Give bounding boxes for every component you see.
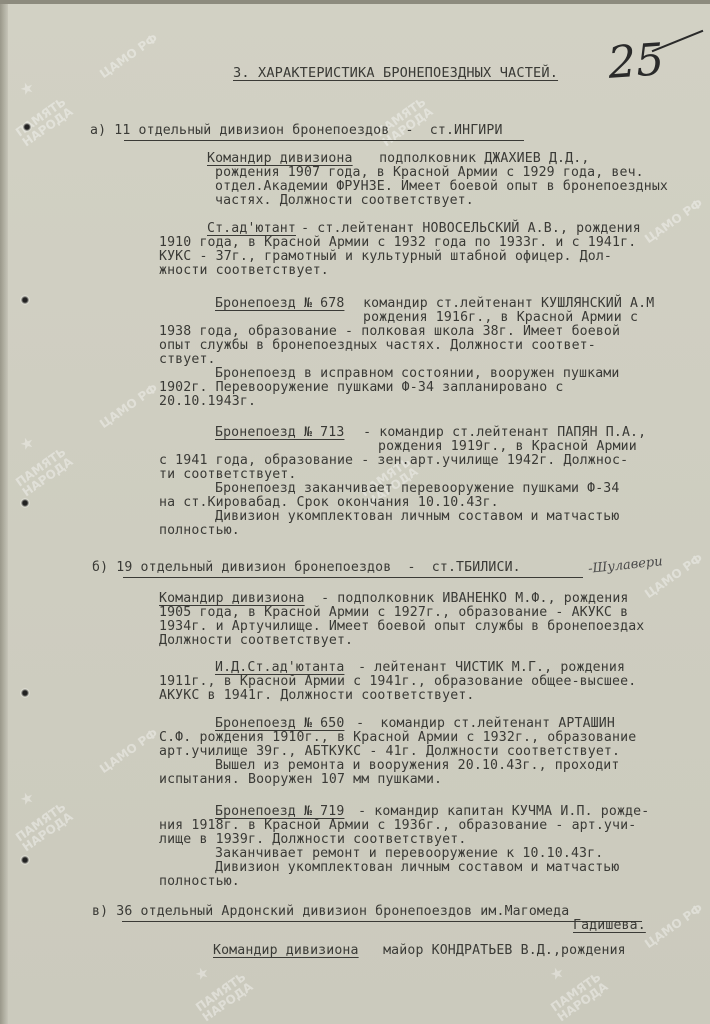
text-line: полностью. [159, 875, 240, 890]
punch-hole [20, 855, 30, 865]
text-line: ствует. [159, 353, 216, 368]
punch-hole [20, 688, 30, 698]
section-a-heading: а) 11 отдельный дивизион бронепоездов - … [90, 124, 503, 139]
train-label: Бронепоезд № 678 [215, 297, 344, 312]
watermark-archive: ЦАМО РФ [98, 32, 160, 81]
watermark-star-icon: ★ [16, 428, 37, 456]
text-line: испытания. Вооружен 107 мм пушками. [159, 773, 442, 788]
watermark-project: ПАМЯТЬ НАРОДА [13, 95, 75, 148]
text-line: Должности соответствует. [159, 634, 353, 649]
watermark-archive: ЦАМО РФ [643, 902, 705, 951]
text-line: АКУКС в 1941г. Должности соответствует. [159, 689, 475, 704]
watermark-archive: ЦАМО РФ [643, 197, 705, 246]
heading-underline [124, 140, 524, 141]
text-line: полностью. [159, 524, 240, 539]
train-label: Бронепоезд № 713 [215, 426, 344, 441]
text-line: майор КОНДРАТЬЕВ В.Д.,рождения [375, 944, 626, 959]
punch-hole [20, 295, 30, 305]
handwritten-note: -Шулавери [587, 554, 663, 577]
role-label: Командир дивизиона [213, 944, 359, 959]
watermark-archive: ЦАМО РФ [98, 382, 160, 431]
watermark-star-icon: ★ [16, 783, 37, 811]
section-c-heading-cont: Гадишева. [573, 919, 646, 934]
watermark-star-icon: ★ [16, 73, 37, 101]
text-line: частях. Должности соответствует. [215, 194, 474, 209]
text-line: Дивизион укомплектован личным составом и… [215, 861, 619, 876]
heading-underline [123, 577, 583, 578]
punch-hole [22, 122, 32, 132]
watermark-star-icon: ★ [191, 958, 212, 986]
text-line: 20.10.1943г. [159, 395, 256, 410]
punch-hole [20, 498, 30, 508]
document-page: ЦАМО РФ ★ ПАМЯТЬ НАРОДА ЦАМО РФ ПАМЯТЬ Н… [0, 0, 710, 1024]
heading-underline [122, 921, 642, 922]
section-c-heading: в) 36 отдельный Ардонский дивизион броне… [92, 905, 569, 920]
document-title: 3. ХАРАКТЕРИСТИКА БРОНЕПОЕЗДНЫХ ЧАСТЕЙ. [233, 66, 558, 81]
watermark-star-icon: ★ [546, 958, 567, 986]
page-number: 25 [606, 34, 665, 89]
text-line: опыт службы в бронепоездных частях. Долж… [159, 339, 596, 354]
section-b-heading: б) 19 отдельный дивизион бронепоездов - … [92, 561, 521, 576]
text-line: жности соответствует. [159, 264, 329, 279]
text-line: Дивизион укомплектован личным составом и… [215, 510, 619, 525]
watermark-archive: ЦАМО РФ [98, 727, 160, 776]
